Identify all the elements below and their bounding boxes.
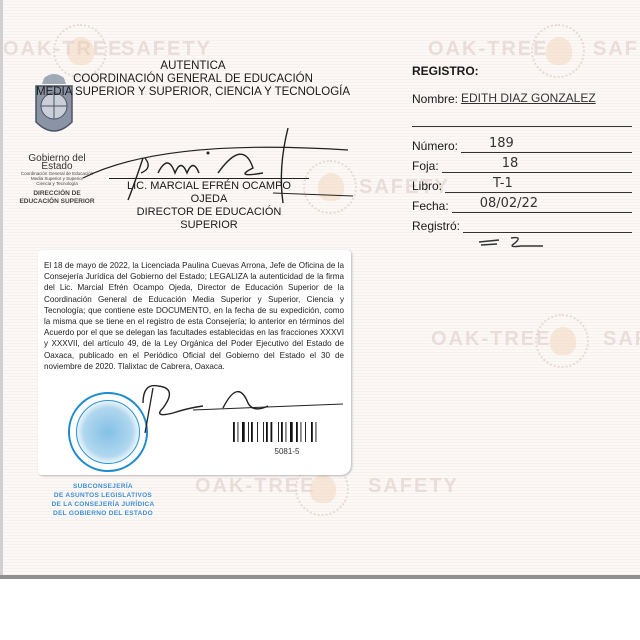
fecha-value: 08/02/22 bbox=[452, 196, 632, 213]
legalization-text: El 18 de mayo de 2022, la Licenciada Pau… bbox=[44, 260, 344, 372]
registro-nombre: Nombre: EDITH DIAZ GONZALEZ bbox=[412, 86, 632, 106]
registro-title: REGISTRO: bbox=[412, 64, 632, 78]
registro-libro: Libro: T-1 bbox=[412, 173, 632, 193]
watermark-text: SAFETY bbox=[593, 38, 640, 61]
signatory-title: DIRECTOR DE EDUCACIÓN SUPERIOR bbox=[109, 206, 309, 232]
registro-box: REGISTRO: Nombre: EDITH DIAZ GONZALEZ Nú… bbox=[412, 64, 632, 233]
signatory-name: LIC. MARCIAL EFRÉN OCAMPO OJEDA bbox=[109, 178, 309, 206]
signatory-block: LIC. MARCIAL EFRÉN OCAMPO OJEDA DIRECTOR… bbox=[109, 178, 309, 232]
registro-blank-line bbox=[412, 106, 632, 127]
watermark-text: SAFETY bbox=[121, 38, 212, 61]
barcode bbox=[233, 422, 341, 442]
document-page: OAK-TREE SAFETY OAK-TREE SAFETY SAFETY O… bbox=[0, 0, 640, 575]
issuer-header: AUTENTICA COORDINACIÓN GENERAL DE EDUCAC… bbox=[33, 60, 353, 99]
watermark-text: OAK-TREE bbox=[431, 328, 551, 351]
registro-numero: Número: 189 bbox=[412, 133, 632, 153]
registro-signature bbox=[463, 232, 632, 233]
barcode-number: 5081-5 bbox=[233, 447, 341, 456]
registro-fecha: Fecha: 08/02/22 bbox=[412, 193, 632, 213]
nombre-value: EDITH DIAZ GONZALEZ bbox=[461, 90, 632, 106]
header-line: COORDINACIÓN GENERAL DE EDUCACIÓN bbox=[33, 73, 353, 86]
registro-initials bbox=[477, 234, 547, 250]
watermark-text: SAFETY bbox=[603, 328, 640, 351]
subconsejeria-stamp: SUBCONSEJERÍA DE ASUNTOS LEGISLATIVOS DE… bbox=[38, 482, 168, 518]
foja-value: 18 bbox=[442, 156, 632, 173]
watermark-seal-icon bbox=[535, 314, 589, 368]
page-bottom-edge bbox=[0, 575, 640, 579]
registro-registro: Registró: bbox=[412, 213, 632, 233]
header-line: MEDIA SUPERIOR Y SUPERIOR, CIENCIA Y TEC… bbox=[33, 86, 353, 99]
header-line: AUTENTICA bbox=[33, 60, 353, 73]
numero-value: 189 bbox=[461, 136, 632, 153]
registro-foja: Foja: 18 bbox=[412, 153, 632, 173]
legalization-sticker: El 18 de mayo de 2022, la Licenciada Pau… bbox=[38, 250, 351, 475]
watermark-text: SAFETY bbox=[368, 475, 459, 498]
libro-value: T-1 bbox=[445, 176, 632, 193]
